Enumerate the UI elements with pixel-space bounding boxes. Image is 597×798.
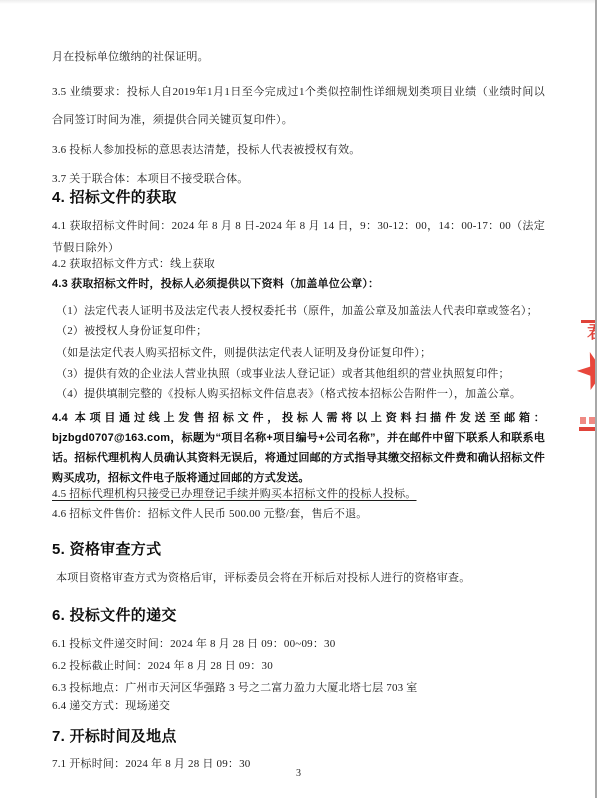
underlined-text: 4.5 招标代理机构只接受已办理登记手续并购买本招标文件的投标人投标。 [52, 488, 417, 500]
para-4-3-item-3: （3）提供有效的企业法人营业执照（或事业法人登记证）或者其他组织的营业执照复印件… [52, 364, 545, 384]
para-6-4-method: 6.4 递交方式：现场递交 [52, 696, 545, 717]
para-4-6-price: 4.6 招标文件售价：招标文件人民币 500.00 元整/套，售后不退。 [52, 504, 545, 525]
para-4-2-obtain-method: 4.2 获取招标文件方式：线上获取 [52, 254, 545, 275]
para-4-4-email-process: 4.4 本项目通过线上发售招标文件，投标人需将以上资料扫描件发送至邮箱：bjzb… [52, 408, 545, 488]
para-social-insurance: 月在投标单位缴纳的社保证明。 [52, 43, 545, 71]
heading-section-7: 7. 开标时间及地点 [52, 727, 545, 747]
star-icon [572, 346, 597, 396]
para-4-5-registration: 4.5 招标代理机构只接受已办理登记手续并购买本招标文件的投标人投标。 [52, 484, 545, 505]
para-5-qualification: 本项目资格审查方式为资格后审，评标委员会将在开标后对投标人进行的资格审查。 [52, 568, 545, 589]
para-4-3-required-docs: 4.3 获取招标文件时，投标人必须提供以下资料（加盖单位公章）： [52, 274, 545, 295]
heading-section-4: 4. 招标文件的获取 [52, 188, 545, 208]
para-6-1-submit-time: 6.1 投标文件递交时间：2024 年 8 月 28 日 09：00~09：30 [52, 634, 545, 655]
document-page: { "doc": { "blocks": [ { "text": "月在投标单位… [0, 0, 597, 798]
para-4-3-item-1: （1）法定代表人证明书及法定代表人授权委托书（原件，加盖公章及加盖法人代表印章或… [52, 301, 545, 321]
para-4-1-obtain-time: 4.1 获取招标文件时间：2024 年 8 月 8 日-2024 年 8 月 1… [52, 215, 545, 259]
document-body: 月在投标单位缴纳的社保证明。 3.5 业绩要求：投标人自2019年1月1日至今完… [52, 0, 545, 798]
red-stamp-widget[interactable]: 君 [577, 318, 597, 434]
para-6-2-deadline: 6.2 投标截止时间：2024 年 8 月 28 日 09：30 [52, 656, 545, 677]
para-4-3-item-4: （4）提供填制完整的《投标人购买招标文件信息表》（格式按本招标公告附件一），加盖… [52, 384, 545, 404]
para-4-3-item-2: （2）被授权人身份证复印件； [52, 321, 545, 341]
heading-section-6: 6. 投标文件的递交 [52, 606, 545, 626]
stamp-small-mark [580, 417, 586, 424]
page-number: 3 [52, 768, 545, 779]
heading-section-5: 5. 资格审查方式 [52, 540, 545, 560]
para-3-6-intent: 3.6 投标人参加投标的意思表达清楚，投标人代表被授权有效。 [52, 136, 545, 164]
para-3-5-performance: 3.5 业绩要求：投标人自2019年1月1日至今完成过1个类似控制性详细规划类项… [52, 78, 545, 134]
para-4-3-item-note: （如是法定代表人购买招标文件，则提供法定代表人证明及身份证复印件）； [52, 343, 545, 363]
